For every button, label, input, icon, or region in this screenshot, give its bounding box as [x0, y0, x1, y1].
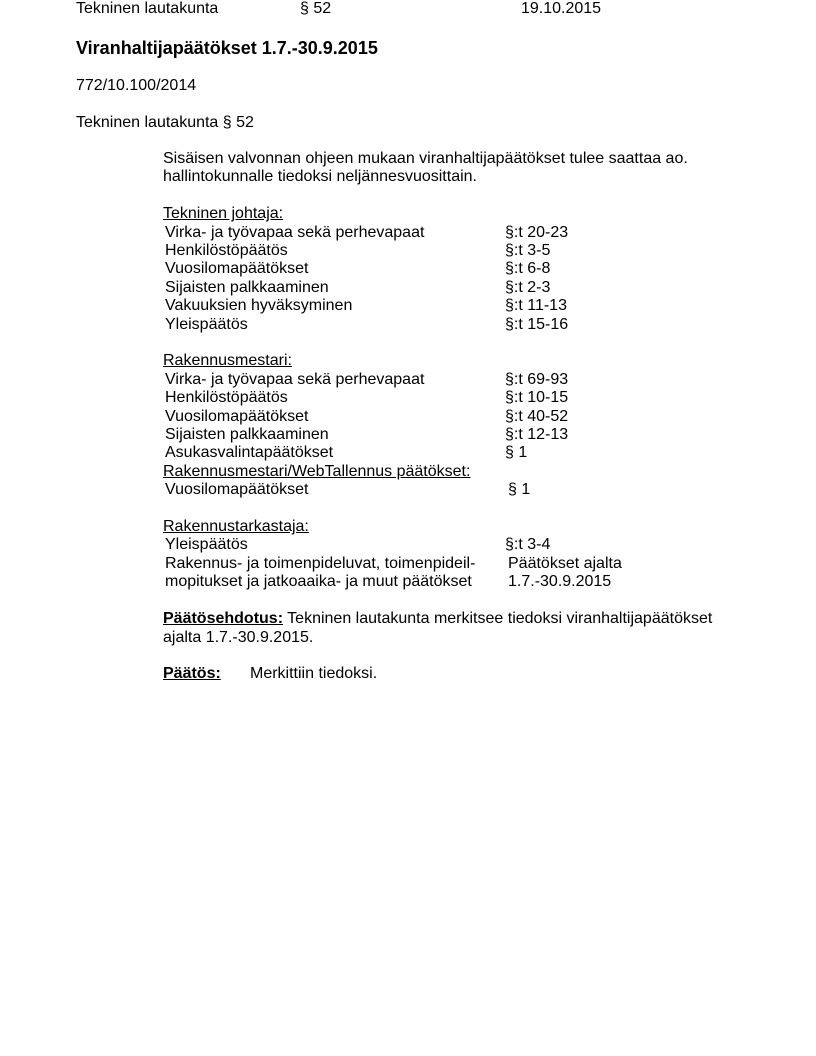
decision-row: Sijaisten palkkaaminen§:t 2-3: [163, 279, 743, 297]
group-title-rakennustarkastaja: Rakennustarkastaja:: [163, 518, 743, 536]
row-value: §:t 12-13: [505, 426, 743, 444]
row-label: Virka- ja työvapaa sekä perhevapaat: [163, 224, 505, 242]
row-value: §:t 2-3: [505, 279, 743, 297]
row-value: §:t 10-15: [505, 389, 743, 407]
row-label: Asukasvalintapäätökset: [163, 444, 505, 462]
group-title-webtallennus: Rakennusmestari/WebTallennus päätökset:: [163, 463, 743, 481]
decision-text: Merkittiin tiedoksi.: [250, 665, 377, 683]
decision-row: Sijaisten palkkaaminen§:t 12-13: [163, 426, 743, 444]
row-label: mopitukset ja jatkoaaika- ja muut päätök…: [163, 573, 505, 591]
decision-row: Vakuuksien hyväksyminen§:t 11-13: [163, 297, 743, 315]
group-title-tekninen-johtaja: Tekninen johtaja:: [163, 205, 743, 223]
row-label: Yleispäätös: [163, 316, 505, 334]
row-value: § 1: [505, 444, 743, 462]
decision-row: Asukasvalintapäätökset§ 1: [163, 444, 743, 462]
decision-row: Virka- ja työvapaa sekä perhevapaat§:t 6…: [163, 371, 743, 389]
row-label: Henkilöstöpäätös: [163, 242, 505, 260]
decision-row: mopitukset ja jatkoaaika- ja muut päätök…: [163, 573, 743, 591]
row-value: §:t 3-4: [505, 536, 743, 554]
row-label: Vuosilomapäätökset: [163, 408, 505, 426]
row-value: §:t 11-13: [505, 297, 743, 315]
row-label: Vakuuksien hyväksyminen: [163, 297, 505, 315]
row-label: Sijaisten palkkaaminen: [163, 279, 505, 297]
row-value: §:t 69-93: [505, 371, 743, 389]
decision-row: Vuosilomapäätökset§:t 40-52: [163, 408, 743, 426]
row-label: Yleispäätös: [163, 536, 505, 554]
decision-row: Rakennus- ja toimenpideluvat, toimenpide…: [163, 555, 743, 573]
row-value: 1.7.-30.9.2015: [505, 573, 743, 591]
row-value: §:t 40-52: [505, 408, 743, 426]
decision-row: Henkilöstöpäätös§:t 3-5: [163, 242, 743, 260]
row-value: Päätökset ajalta: [505, 555, 743, 573]
decision-label: Päätös:: [163, 665, 250, 683]
row-value: §:t 6-8: [505, 260, 743, 278]
row-label: Henkilöstöpäätös: [163, 389, 505, 407]
row-label: Virka- ja työvapaa sekä perhevapaat: [163, 371, 505, 389]
header-section: § 52: [300, 0, 331, 18]
decision-row: Vuosilomapäätökset§ 1: [163, 481, 743, 499]
decision-row: Vuosilomapäätökset§:t 6-8: [163, 260, 743, 278]
header-organ: Tekninen lautakunta: [76, 0, 218, 18]
intro-line-2: hallintokunnalle tiedoksi neljännesvuosi…: [163, 168, 743, 186]
decision-row: Yleispäätös§:t 3-4: [163, 536, 743, 554]
row-label: Sijaisten palkkaaminen: [163, 426, 505, 444]
row-value: § 1: [505, 481, 743, 499]
decision-row: Henkilöstöpäätös§:t 10-15: [163, 389, 743, 407]
proposal-label: Päätösehdotus:: [163, 610, 283, 627]
proposal: Päätösehdotus: Tekninen lautakunta merki…: [163, 610, 743, 628]
intro-line-1: Sisäisen valvonnan ohjeen mukaan viranha…: [163, 150, 743, 168]
document-number: 772/10.100/2014: [76, 77, 196, 95]
document-body: Sisäisen valvonnan ohjeen mukaan viranha…: [163, 150, 743, 684]
page-title: Viranhaltijapäätökset 1.7.-30.9.2015: [76, 37, 378, 59]
row-value: §:t 3-5: [505, 242, 743, 260]
proposal-text-continued: ajalta 1.7.-30.9.2015.: [163, 629, 743, 647]
row-label: Vuosilomapäätökset: [163, 481, 505, 499]
row-label: Vuosilomapäätökset: [163, 260, 505, 278]
decision-row: Virka- ja työvapaa sekä perhevapaat§:t 2…: [163, 224, 743, 242]
proposal-text: Tekninen lautakunta merkitsee tiedoksi v…: [283, 610, 712, 627]
decision-row: Yleispäätös§:t 15-16: [163, 316, 743, 334]
header-date: 19.10.2015: [521, 0, 601, 18]
decision: Päätös: Merkittiin tiedoksi.: [163, 665, 743, 683]
row-value: §:t 15-16: [505, 316, 743, 334]
row-label: Rakennus- ja toimenpideluvat, toimenpide…: [163, 555, 505, 573]
section-line: Tekninen lautakunta § 52: [76, 114, 254, 132]
group-title-rakennusmestari: Rakennusmestari:: [163, 352, 743, 370]
row-value: §:t 20-23: [505, 224, 743, 242]
